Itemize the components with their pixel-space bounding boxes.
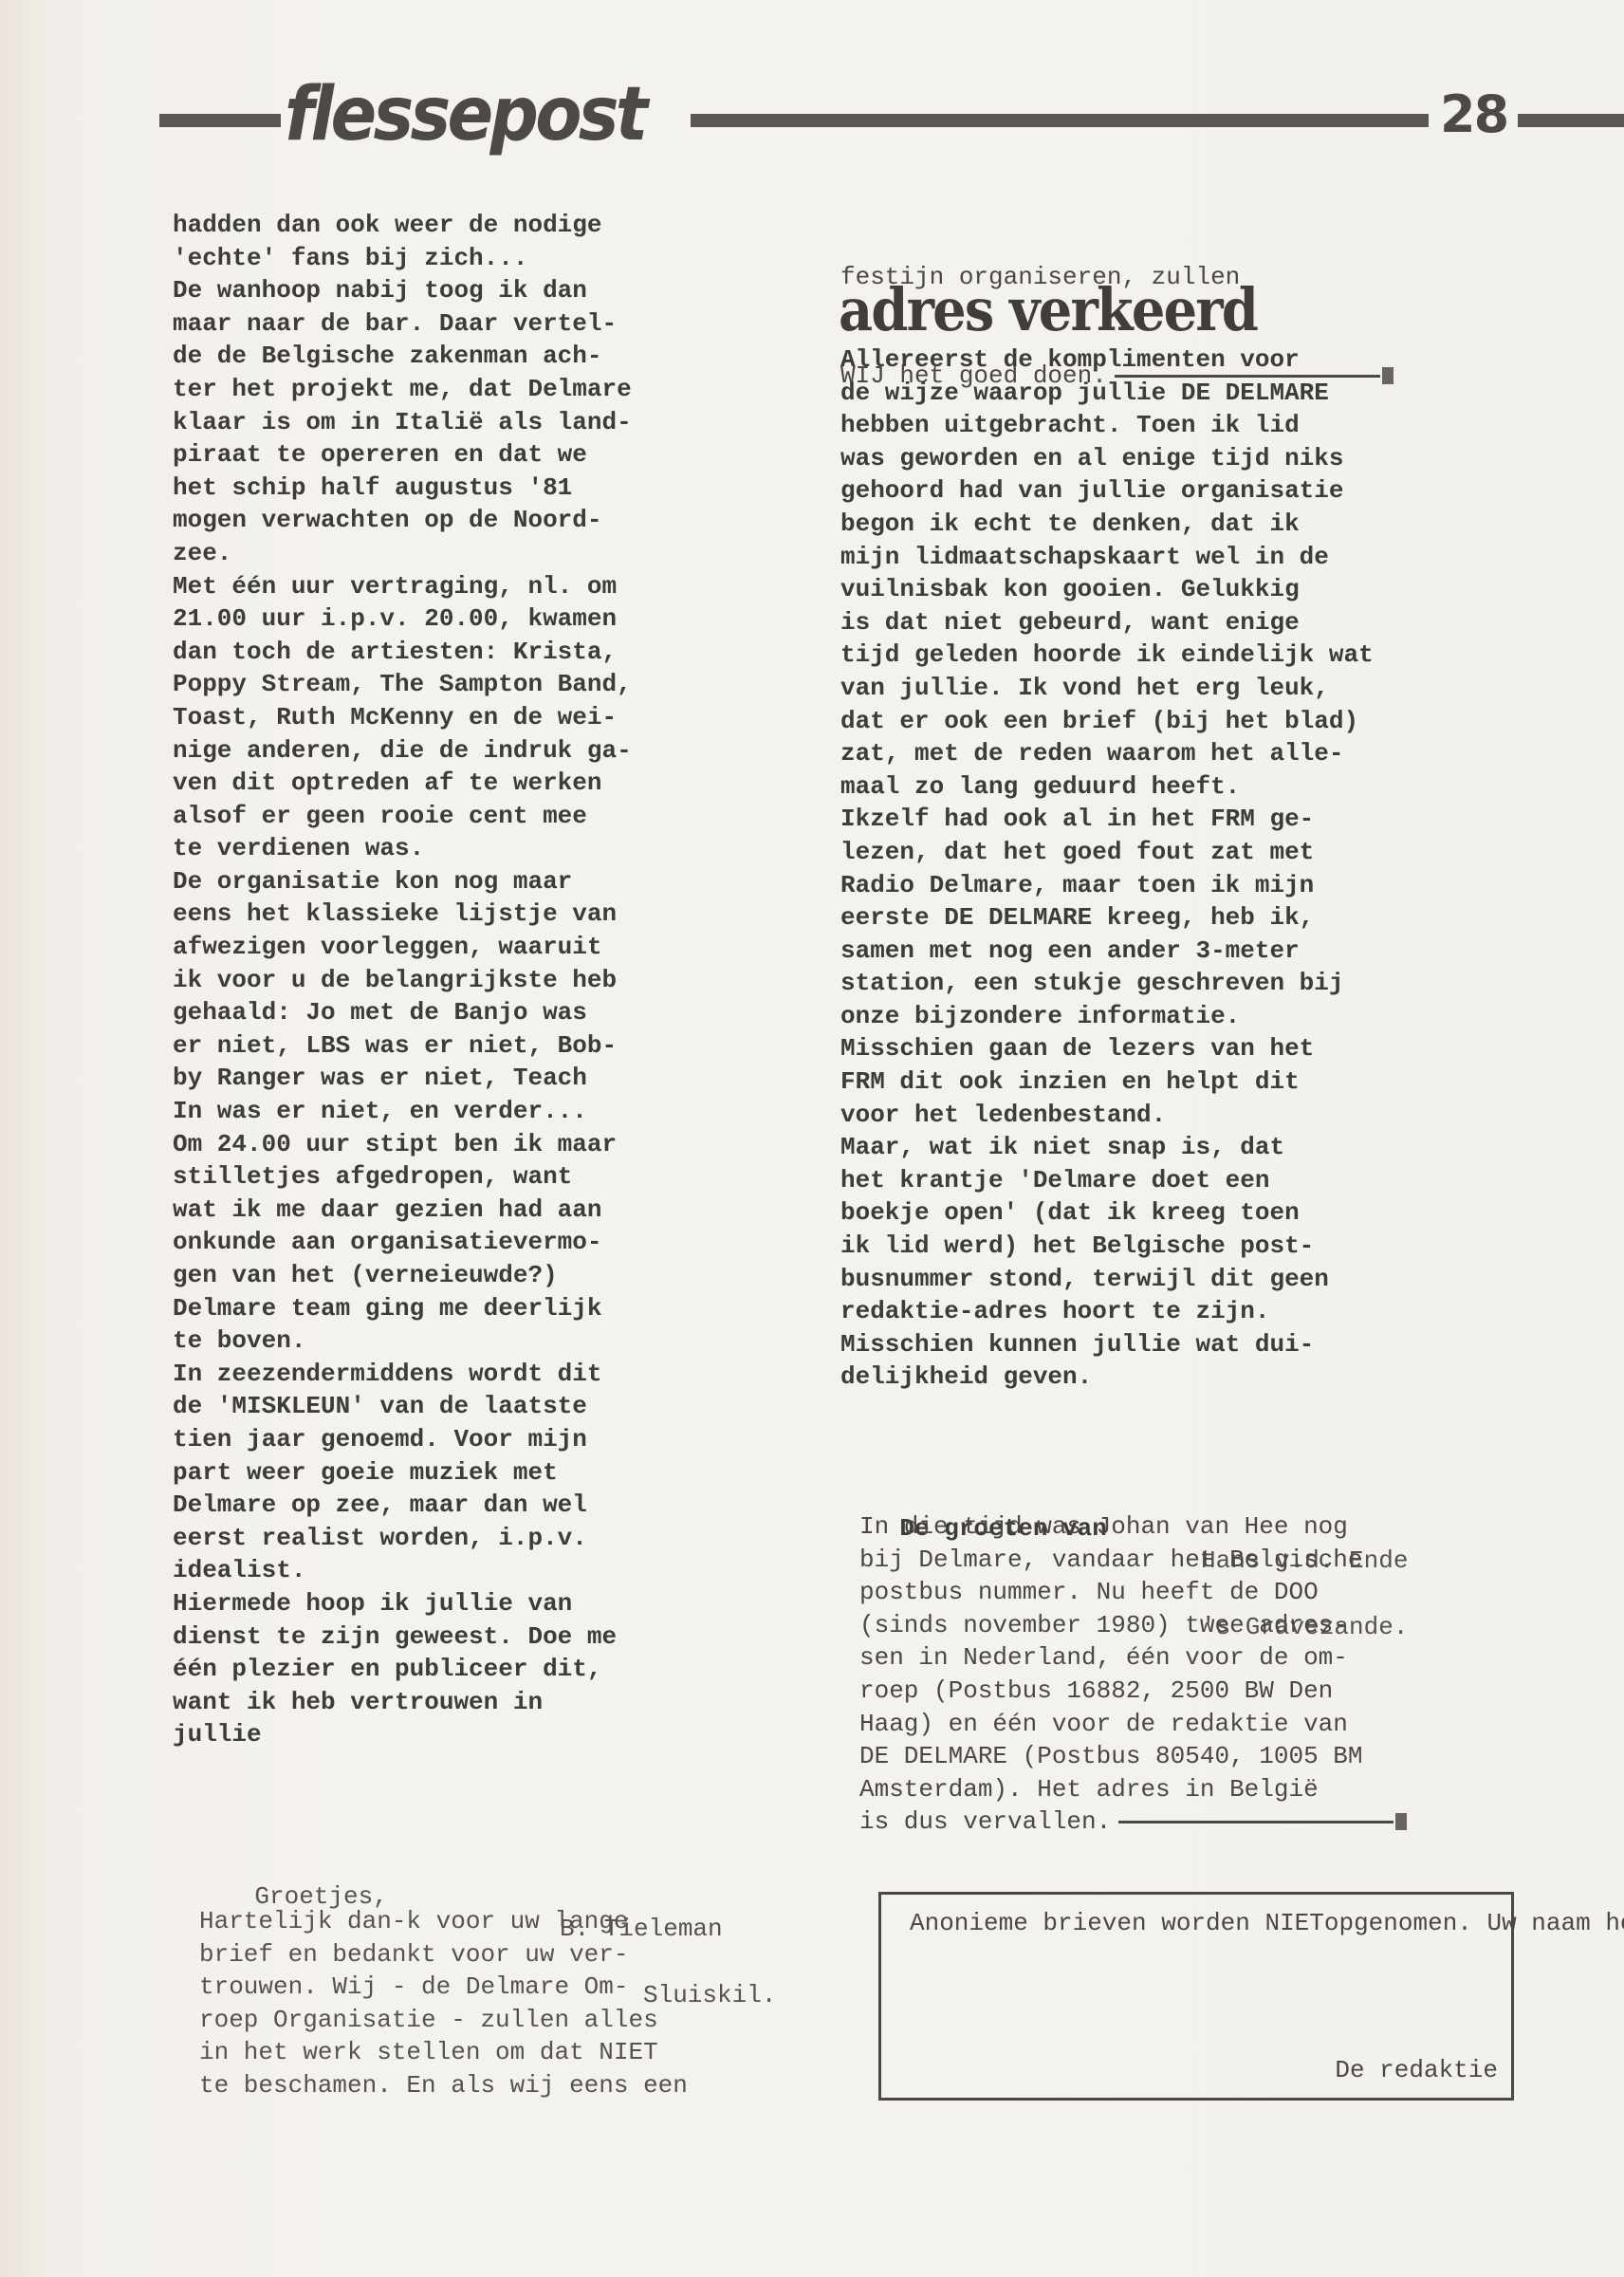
text-line: piraat te opereren en dat we xyxy=(173,438,632,472)
text-line-content: Misschien kunnen jullie wat dui- xyxy=(840,1330,1314,1359)
text-line: wat ik me daar gezien had aan xyxy=(173,1194,632,1227)
text-line-content: eens het klassieke lijstje van xyxy=(173,899,617,928)
text-line-content: FRM dit ook inzien en helpt dit xyxy=(840,1067,1300,1096)
text-line: delijkheid geven. xyxy=(840,1361,1374,1394)
text-line: opgenomen. Uw naam hoeft ech- xyxy=(1324,1909,1624,1937)
text-line: maal zo lang geduurd heeft. xyxy=(840,770,1374,804)
text-line: eens het klassieke lijstje van xyxy=(173,898,632,931)
text-line-content: Met één uur vertraging, nl. om xyxy=(173,572,617,601)
end-mark-icon xyxy=(1382,367,1393,384)
text-line-content: samen met nog een ander 3-meter xyxy=(840,936,1300,965)
text-line: roep (Postbus 16882, 2500 BW Den xyxy=(859,1675,1407,1708)
text-line: FRM dit ook inzien en helpt dit xyxy=(840,1065,1374,1099)
text-line-content: Maar, wat ik niet snap is, dat xyxy=(840,1133,1284,1161)
text-line-content: tien jaar genoemd. Voor mijn xyxy=(173,1425,587,1453)
text-line-content: roep (Postbus 16882, 2500 BW Den xyxy=(859,1676,1333,1705)
text-line-content: Hartelijk dan-k voor uw lange xyxy=(199,1907,628,1935)
text-line-content: wat ik me daar gezien had aan xyxy=(173,1195,601,1224)
text-line: gen van het (verneieuwde?) xyxy=(173,1259,632,1292)
text-line-content: de wijze waarop jullie DE DELMARE xyxy=(840,379,1329,407)
text-line: tijd geleden hoorde ik eindelijk wat xyxy=(840,639,1374,672)
text-line: hadden dan ook weer de nodige xyxy=(173,209,632,242)
text-line-content: hadden dan ook weer de nodige xyxy=(173,211,601,239)
text-line-content: Hiermede hoop ik jullie van xyxy=(173,1589,572,1618)
text-line: het schip half augustus '81 xyxy=(173,472,632,505)
text-line: hebben uitgebracht. Toen ik lid xyxy=(840,409,1374,442)
text-line: mijn lidmaatschapskaart wel in de xyxy=(840,541,1374,574)
text-line: by Ranger was er niet, Teach xyxy=(173,1062,632,1095)
text-line: afwezigen voorleggen, waaruit xyxy=(173,931,632,964)
text-line: lezen, dat het goed fout zat met xyxy=(840,836,1374,869)
text-line-content: dat er ook een brief (bij het blad) xyxy=(840,707,1358,735)
text-line: onkunde aan organisatievermo- xyxy=(173,1226,632,1259)
text-line-content: hebben uitgebracht. Toen ik lid xyxy=(840,411,1300,439)
masthead: flessepost 28 xyxy=(159,83,1483,165)
text-line: Om 24.00 uur stipt ben ik maar xyxy=(173,1128,632,1161)
text-line: ven dit optreden af te werken xyxy=(173,767,632,800)
article-body: Allereerst de komplimenten voorde wijze … xyxy=(840,343,1374,1394)
text-line: want ik heb vertrouwen in xyxy=(173,1686,632,1719)
text-line-content: piraat te opereren en dat we xyxy=(173,440,587,469)
text-line: idealist. xyxy=(173,1554,632,1587)
text-line-content: In was er niet, en verder... xyxy=(173,1097,587,1125)
text-line-content: klaar is om in Italië als land- xyxy=(173,408,632,436)
editor-reply: Hartelijk dan-k voor uw langebrief en be… xyxy=(199,1905,688,2102)
text-line: DE DELMARE (Postbus 80540, 1005 BM xyxy=(859,1740,1407,1773)
text-line-content: ik lid werd) het Belgische post- xyxy=(840,1231,1314,1260)
text-line: brief en bedankt voor uw ver- xyxy=(199,1938,688,1972)
text-line: Haag) en één voor de redaktie van xyxy=(859,1708,1407,1741)
text-line: het krantje 'Delmare doet een xyxy=(840,1164,1374,1197)
text-line-content: ter het projekt me, dat Delmare xyxy=(173,375,632,403)
text-line-content: postbus nummer. Nu heeft de DOO xyxy=(859,1578,1319,1606)
text-line-content: eerste DE DELMARE kreeg, heb ik, xyxy=(840,903,1314,932)
text-line-content: Anonieme brieven worden NIET xyxy=(910,1909,1324,1937)
masthead-rule-right xyxy=(1518,114,1624,127)
text-line-content: Delmare team ging me deerlijk xyxy=(173,1294,601,1323)
text-line: Toast, Ruth McKenny en de wei- xyxy=(173,701,632,734)
text-line-content: ik voor u de belangrijkste heb xyxy=(173,966,617,994)
text-line: 'echte' fans bij zich... xyxy=(173,242,632,275)
text-line-content: jullie xyxy=(173,1720,262,1749)
text-line-content: zat, met de reden waarom het alle- xyxy=(840,739,1344,768)
text-line: Met één uur vertraging, nl. om xyxy=(173,570,632,603)
text-line-content: 21.00 uur i.p.v. 20.00, kwamen xyxy=(173,604,617,633)
text-line-content: onkunde aan organisatievermo- xyxy=(173,1228,601,1256)
page-number: 28 xyxy=(1440,89,1507,140)
text-line: de de Belgische zakenman ach- xyxy=(173,340,632,373)
notice-text: Anonieme brieven worden NIETopgenomen. U… xyxy=(910,1908,1624,1939)
text-line: Delmare op zee, maar dan wel xyxy=(173,1489,632,1522)
text-line: Maar, wat ik niet snap is, dat xyxy=(840,1131,1374,1164)
text-line-content: nige anderen, die de indruk ga- xyxy=(173,736,632,765)
text-line: was geworden en al enige tijd niks xyxy=(840,442,1374,475)
text-line-content: stilletjes afgedropen, want xyxy=(173,1162,572,1191)
text-line-content: Poppy Stream, The Sampton Band, xyxy=(173,670,632,698)
text-line: busnummer stond, terwijl dit geen xyxy=(840,1263,1374,1296)
text-line-content: station, een stukje geschreven bij xyxy=(840,969,1344,997)
text-line-content: Allereerst de komplimenten voor xyxy=(840,345,1300,374)
text-line: eerste DE DELMARE kreeg, heb ik, xyxy=(840,901,1374,935)
text-line: Ikzelf had ook al in het FRM ge- xyxy=(840,803,1374,836)
text-line: boekje open' (dat ik kreeg toen xyxy=(840,1196,1374,1230)
text-line: één plezier en publiceer dit, xyxy=(173,1653,632,1686)
text-line: (sinds november 1980) twee adres- xyxy=(859,1609,1407,1642)
text-line: In die tijd was Johan van Hee nog xyxy=(859,1510,1407,1544)
text-line-content: De organisatie kon nog maar xyxy=(173,867,572,896)
text-line: redaktie-adres hoort te zijn. xyxy=(840,1295,1374,1328)
text-line: Delmare team ging me deerlijk xyxy=(173,1292,632,1325)
text-line-content: ven dit optreden af te werken xyxy=(173,768,601,797)
text-line: Poppy Stream, The Sampton Band, xyxy=(173,668,632,701)
text-line-content: vuilnisbak kon gooien. Gelukkig xyxy=(840,575,1300,603)
text-line: zat, met de reden waarom het alle- xyxy=(840,737,1374,770)
text-line: maar naar de bar. Daar vertel- xyxy=(173,307,632,341)
text-line: onze bijzondere informatie. xyxy=(840,1000,1374,1033)
text-line: roep Organisatie - zullen alles xyxy=(199,2004,688,2037)
text-line: alsof er geen rooie cent mee xyxy=(173,800,632,833)
text-line-content: dan toch de artiesten: Krista, xyxy=(173,638,617,666)
text-line: is dus vervallen. xyxy=(859,1805,1407,1839)
text-line: eerst realist worden, i.p.v. xyxy=(173,1522,632,1555)
text-line: mogen verwachten op de Noord- xyxy=(173,504,632,537)
notice-signature: De redaktie xyxy=(1335,2056,1498,2084)
text-line-content: bij Delmare, vandaar het Belgische xyxy=(859,1546,1363,1574)
text-line: in het werk stellen om dat NIET xyxy=(199,2036,688,2069)
text-line: De wanhoop nabij toog ik dan xyxy=(173,274,632,307)
text-line: In zeezendermiddens wordt dit xyxy=(173,1358,632,1391)
text-line: 21.00 uur i.p.v. 20.00, kwamen xyxy=(173,602,632,636)
text-line: dienst te zijn geweest. Doe me xyxy=(173,1620,632,1654)
text-line: stilletjes afgedropen, want xyxy=(173,1160,632,1194)
text-line: Hiermede hoop ik jullie van xyxy=(173,1587,632,1620)
text-line: voor het ledenbestand. xyxy=(840,1099,1374,1132)
text-line: trouwen. Wij - de Delmare Om- xyxy=(199,1971,688,2004)
text-line: klaar is om in Italië als land- xyxy=(173,406,632,439)
signoff-row-1: De groeten van Hans v.d. Ende xyxy=(840,1479,1486,1512)
text-line: te beschamen. En als wij eens een xyxy=(199,2069,688,2102)
text-line: is dat niet gebeurd, want enige xyxy=(840,606,1374,639)
text-line: Radio Delmare, maar toen ik mijn xyxy=(840,869,1374,902)
text-line-content: te boven. xyxy=(173,1326,305,1355)
text-line-content: boekje open' (dat ik kreeg toen xyxy=(840,1198,1300,1227)
text-line: postbus nummer. Nu heeft de DOO xyxy=(859,1576,1407,1609)
text-line: bij Delmare, vandaar het Belgische xyxy=(859,1544,1407,1577)
text-line-content: (sinds november 1980) twee adres- xyxy=(859,1611,1348,1639)
text-line-content: mijn lidmaatschapskaart wel in de xyxy=(840,543,1329,571)
text-line-content: 'echte' fans bij zich... xyxy=(173,244,527,272)
text-line-content: brief en bedankt voor uw ver- xyxy=(199,1940,628,1969)
text-line-content: het krantje 'Delmare doet een xyxy=(840,1166,1269,1194)
text-line: Amsterdam). Het adres in België xyxy=(859,1773,1407,1806)
text-line-content: te beschamen. En als wij eens een xyxy=(199,2071,688,2100)
text-line: De organisatie kon nog maar xyxy=(173,865,632,898)
text-line-content: is dus vervallen. xyxy=(859,1807,1111,1836)
text-line: sen in Nederland, één voor de om- xyxy=(859,1641,1407,1675)
text-line: Misschien gaan de lezers van het xyxy=(840,1032,1374,1065)
text-line-content: Toast, Ruth McKenny en de wei- xyxy=(173,703,617,731)
text-line-content: van jullie. Ik vond het erg leuk, xyxy=(840,674,1329,702)
text-line-content: by Ranger was er niet, Teach xyxy=(173,1064,587,1092)
text-line: vuilnisbak kon gooien. Gelukkig xyxy=(840,573,1374,606)
text-line-content: Misschien gaan de lezers van het xyxy=(840,1034,1314,1063)
text-line-content: dienst te zijn geweest. Doe me xyxy=(173,1622,617,1651)
text-line: ik lid werd) het Belgische post- xyxy=(840,1230,1374,1263)
notice-box: Anonieme brieven worden NIETopgenomen. U… xyxy=(878,1892,1514,2101)
editor-note: In die tijd was Johan van Hee nogbij Del… xyxy=(859,1510,1407,1839)
text-line-content: gehoord had van jullie organisatie xyxy=(840,476,1344,505)
text-line-content: de 'MISKLEUN' van de laatste xyxy=(173,1392,587,1420)
text-line: ter het projekt me, dat Delmare xyxy=(173,373,632,406)
text-line-content: was geworden en al enige tijd niks xyxy=(840,444,1344,472)
text-line-content: gen van het (verneieuwde?) xyxy=(173,1261,558,1289)
text-line: Misschien kunnen jullie wat dui- xyxy=(840,1328,1374,1361)
signoff-row-1: Groetjes, B. Tieleman xyxy=(195,1847,821,1880)
text-line-content: In zeezendermiddens wordt dit xyxy=(173,1360,601,1388)
text-line-content: maar naar de bar. Daar vertel- xyxy=(173,309,617,338)
text-line: Anonieme brieven worden NIET xyxy=(910,1909,1324,1937)
text-line: er niet, LBS was er niet, Bob- xyxy=(173,1029,632,1063)
text-line: de 'MISKLEUN' van de laatste xyxy=(173,1390,632,1423)
text-line-content: DE DELMARE (Postbus 80540, 1005 BM xyxy=(859,1742,1363,1770)
masthead-rule-middle xyxy=(691,114,1429,127)
text-line: tien jaar genoemd. Voor mijn xyxy=(173,1423,632,1456)
text-line: zee. xyxy=(173,537,632,570)
text-line-content: want ik heb vertrouwen in xyxy=(173,1688,543,1716)
text-line-content: busnummer stond, terwijl dit geen xyxy=(840,1265,1329,1293)
text-line-content: er niet, LBS was er niet, Bob- xyxy=(173,1031,617,1060)
text-line: te verdienen was. xyxy=(173,832,632,865)
publication-title: flessepost xyxy=(285,78,644,152)
text-line-content: één plezier en publiceer dit, xyxy=(173,1655,601,1683)
text-line: begon ik echt te denken, dat ik xyxy=(840,508,1374,541)
text-line-content: redaktie-adres hoort te zijn. xyxy=(840,1297,1269,1325)
text-line-content: idealist. xyxy=(173,1556,305,1584)
text-line-content: afwezigen voorleggen, waaruit xyxy=(173,933,601,961)
text-line-content: is dat niet gebeurd, want enige xyxy=(840,608,1300,637)
text-line: part weer goeie muziek met xyxy=(173,1456,632,1490)
text-line-content: begon ik echt te denken, dat ik xyxy=(840,509,1300,538)
text-line-content: de de Belgische zakenman ach- xyxy=(173,342,601,370)
article-heading: adres verkeerd xyxy=(839,281,1257,340)
text-line-content: opgenomen. Uw naam hoeft ech- xyxy=(1324,1909,1624,1937)
text-line: jullie xyxy=(173,1718,632,1751)
text-line-content: gehaald: Jo met de Banjo was xyxy=(173,998,587,1027)
text-line: gehaald: Jo met de Banjo was xyxy=(173,996,632,1029)
text-line: ik voor u de belangrijkste heb xyxy=(173,964,632,997)
text-line-content: sen in Nederland, één voor de om- xyxy=(859,1643,1348,1672)
text-line: dat er ook een brief (bij het blad) xyxy=(840,705,1374,738)
text-line-content: lezen, dat het goed fout zat met xyxy=(840,838,1314,866)
text-line-content: Radio Delmare, maar toen ik mijn xyxy=(840,871,1314,899)
text-line-content: te verdienen was. xyxy=(173,834,424,862)
text-line: Allereerst de komplimenten voor xyxy=(840,343,1374,377)
text-line-content: Ikzelf had ook al in het FRM ge- xyxy=(840,805,1314,833)
text-line-content: onze bijzondere informatie. xyxy=(840,1002,1240,1030)
text-line-content: eerst realist worden, i.p.v. xyxy=(173,1524,587,1552)
text-line-content: part weer goeie muziek met xyxy=(173,1458,558,1487)
text-line: samen met nog een ander 3-meter xyxy=(840,935,1374,968)
letter-body-left: hadden dan ook weer de nodige'echte' fan… xyxy=(173,209,632,1751)
text-line: van jullie. Ik vond het erg leuk, xyxy=(840,672,1374,705)
text-line: station, een stukje geschreven bij xyxy=(840,967,1374,1000)
text-line-content: delijkheid geven. xyxy=(840,1362,1092,1391)
text-line: de wijze waarop jullie DE DELMARE xyxy=(840,377,1374,410)
text-line-content: Om 24.00 uur stipt ben ik maar xyxy=(173,1130,617,1158)
text-line: te boven. xyxy=(173,1324,632,1358)
text-line-content: tijd geleden hoorde ik eindelijk wat xyxy=(840,640,1374,669)
text-line-content: trouwen. Wij - de Delmare Om- xyxy=(199,1972,628,2001)
text-line-content: Delmare op zee, maar dan wel xyxy=(173,1490,587,1519)
text-line: nige anderen, die de indruk ga- xyxy=(173,734,632,768)
end-rule xyxy=(1118,1821,1393,1823)
text-line-content: zee. xyxy=(173,539,231,567)
text-line-content: voor het ledenbestand. xyxy=(840,1101,1166,1129)
text-line-content: roep Organisatie - zullen alles xyxy=(199,2006,658,2034)
text-line-content: In die tijd was Johan van Hee nog xyxy=(859,1512,1348,1541)
text-line-content: maal zo lang geduurd heeft. xyxy=(840,772,1240,801)
text-line-content: in het werk stellen om dat NIET xyxy=(199,2038,658,2066)
text-line: Hartelijk dan-k voor uw lange xyxy=(199,1905,688,1938)
end-mark-icon xyxy=(1395,1813,1407,1830)
text-line: dan toch de artiesten: Krista, xyxy=(173,636,632,669)
text-line-content: alsof er geen rooie cent mee xyxy=(173,802,587,830)
masthead-rule-left xyxy=(159,114,281,127)
text-line-content: Haag) en één voor de redaktie van xyxy=(859,1710,1348,1738)
text-line: In was er niet, en verder... xyxy=(173,1095,632,1128)
text-line: gehoord had van jullie organisatie xyxy=(840,474,1374,508)
text-line-content: Amsterdam). Het adres in België xyxy=(859,1775,1319,1804)
text-line-content: het schip half augustus '81 xyxy=(173,473,572,502)
text-line-content: mogen verwachten op de Noord- xyxy=(173,506,601,534)
text-line-content: De wanhoop nabij toog ik dan xyxy=(173,276,587,305)
